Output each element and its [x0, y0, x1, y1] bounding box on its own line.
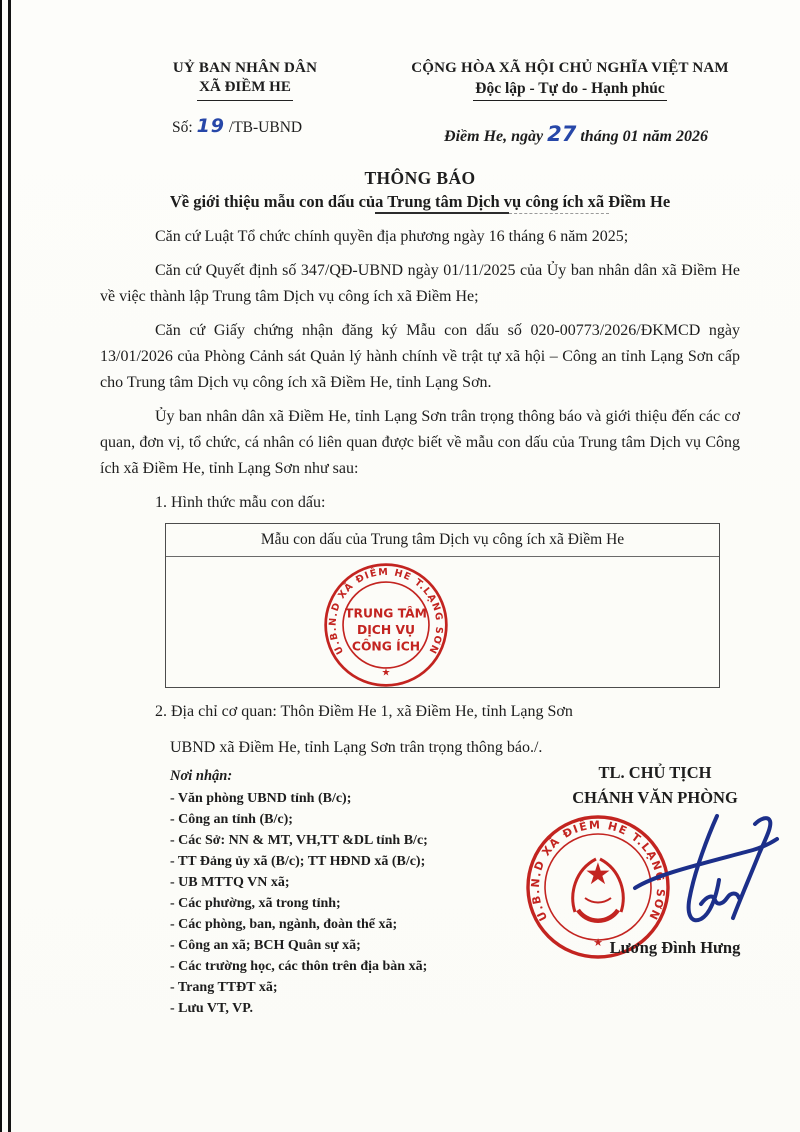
recipient-item: - TT Đảng ủy xã (B/c); TT HĐND xã (B/c); — [170, 851, 490, 872]
seal-bottom-star-icon: ★ — [381, 667, 390, 678]
recipients-list: Nơi nhận: - Văn phòng UBND tỉnh (B/c); -… — [170, 768, 490, 1019]
recipient-item: - Các trường học, các thôn trên địa bàn … — [170, 956, 490, 977]
subtitle-underline — [172, 212, 800, 216]
recipient-item: - Các phường, xã trong tỉnh; — [170, 893, 490, 914]
paragraph-legal-basis-1: Căn cứ Luật Tổ chức chính quyền địa phươ… — [100, 224, 740, 250]
recipients-label: Nơi nhận: — [170, 768, 490, 785]
paragraph-legal-basis-3: Căn cứ Giấy chứng nhận đăng ký Mẫu con d… — [100, 318, 740, 396]
recipient-item: - Văn phòng UBND tỉnh (B/c); — [170, 788, 490, 809]
seal-sample-area: U.B.N.D XÃ ĐIỀM HE T.LẠNG SƠN TRUNG TÂM … — [166, 557, 719, 687]
paragraph-announcement: Ủy ban nhân dân xã Điềm He, tỉnh Lạng Sơ… — [100, 404, 740, 482]
document-title: THÔNG BÁO — [100, 168, 740, 189]
document-body: THÔNG BÁO Về giới thiệu mẫu con dấu của … — [0, 0, 800, 1068]
paragraph-legal-basis-2: Căn cứ Quyết định số 347/QĐ-UBND ngày 01… — [100, 258, 740, 310]
recipient-item: - Công an xã; BCH Quân sự xã; — [170, 935, 490, 956]
seal-sample-box: Mẫu con dấu của Trung tâm Dịch vụ công í… — [165, 523, 720, 688]
scanned-document-page: UỶ BAN NHÂN DÂN XÃ ĐIỀM HE Số: 19 /TB-UB… — [0, 0, 800, 1132]
seal-center-line2: DỊCH VỤ — [357, 623, 415, 637]
recipient-item: - Công an tỉnh (B/c); — [170, 809, 490, 830]
footer-section: Nơi nhận: - Văn phòng UBND tỉnh (B/c); -… — [100, 768, 740, 1068]
seal-center-line3: CÔNG ÍCH — [352, 639, 420, 654]
red-seal-sample: U.B.N.D XÃ ĐIỀM HE T.LẠNG SƠN TRUNG TÂM … — [322, 561, 450, 689]
document-subtitle: Về giới thiệu mẫu con dấu của Trung tâm … — [100, 192, 740, 212]
seal-center-line1: TRUNG TÂM — [345, 606, 427, 621]
recipient-item: - Các phòng, ban, ngành, đoàn thể xã; — [170, 914, 490, 935]
seal-sample-caption: Mẫu con dấu của Trung tâm Dịch vụ công í… — [166, 524, 719, 557]
signer-name: Lương Đình Hưng — [535, 938, 800, 958]
closing-line: UBND xã Điềm He, tỉnh Lạng Sơn trân trọn… — [100, 735, 740, 761]
list-item-1: 1. Hình thức mẫu con dấu: — [100, 490, 740, 516]
signer-title-line2: CHÁNH VĂN PHÒNG — [495, 785, 800, 810]
list-item-2: 2. Địa chỉ cơ quan: Thôn Điềm He 1, xã Đ… — [100, 699, 740, 725]
signer-title-line1: TL. CHỦ TỊCH — [495, 760, 800, 785]
signature-block: TL. CHỦ TỊCH CHÁNH VĂN PHÒNG U.B.N.D XÃ … — [495, 760, 800, 810]
recipient-item: - Các Sở: NN & MT, VH,TT &DL tỉnh B/c; — [170, 830, 490, 851]
handwritten-signature — [605, 808, 800, 940]
recipient-item: - Trang TTĐT xã; — [170, 977, 490, 998]
recipient-item: - Lưu VT, VP. — [170, 998, 490, 1019]
recipient-item: - UB MTTQ VN xã; — [170, 872, 490, 893]
